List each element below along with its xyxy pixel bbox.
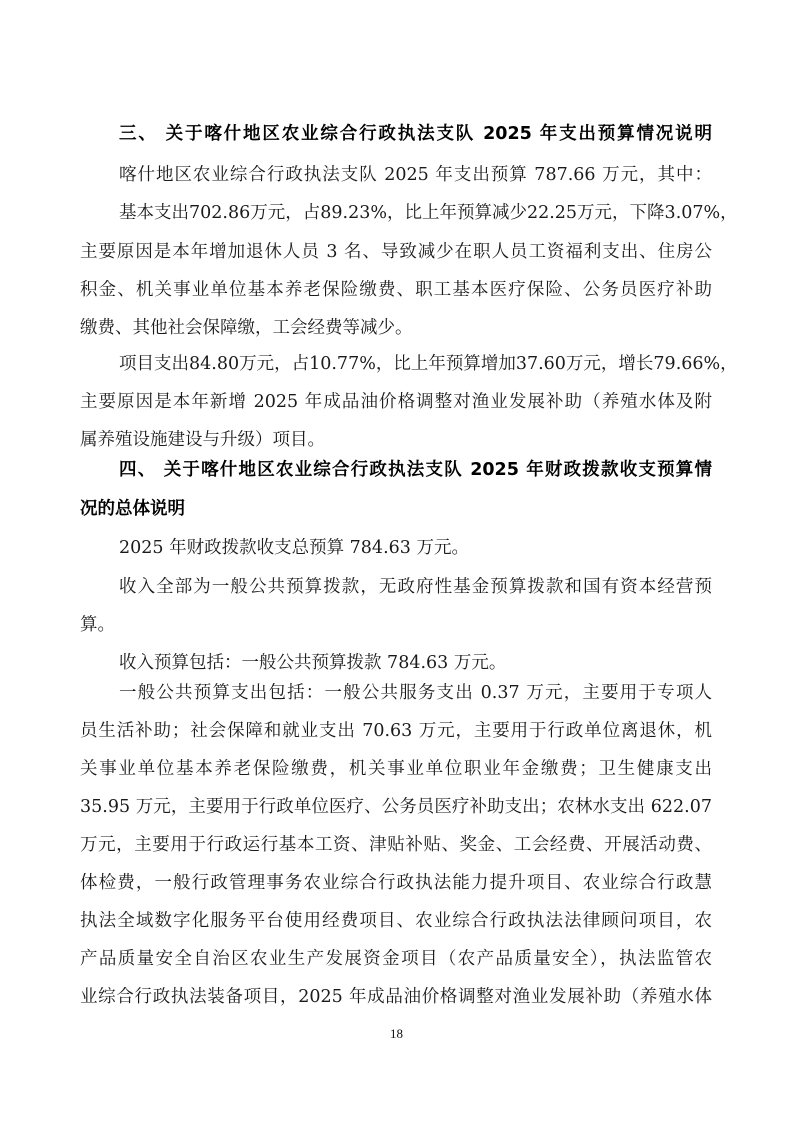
paragraph-line: 产品质量安全自治区农业生产发展资金项目（农产品质量安全），执法监管农 bbox=[80, 946, 712, 972]
paragraph-line: 主要原因是本年增加退休人员 3 名、导致减少在职人员工资福利支出、住房公 bbox=[80, 239, 712, 265]
paragraph-line: 35.95 万元，主要用于行政单位医疗、公务员医疗补助支出；农林水支出 622.… bbox=[80, 794, 712, 820]
paragraph-line: 体检费，一般行政管理事务农业综合行政执法能力提升项目、农业综合行政慧 bbox=[80, 870, 712, 896]
paragraph-line: 项目支出84.80万元，占10.77%，比上年预算增加37.60万元，增长79.… bbox=[119, 351, 712, 377]
section-heading-4-cont: 况的总体说明 bbox=[80, 496, 712, 522]
section-heading-3: 三、 关于喀什地区农业综合行政执法支队 2025 年支出预算情况说明 bbox=[119, 121, 712, 147]
paragraph-line: 算。 bbox=[80, 612, 712, 638]
paragraph-line: 万元，主要用于行政运行基本工资、津贴补贴、奖金、工会经费、开展活动费、 bbox=[80, 832, 712, 858]
paragraph-line: 基本支出702.86万元，占89.23%，比上年预算减少22.25万元，下降3.… bbox=[119, 200, 712, 226]
paragraph-line: 喀什地区农业综合行政执法支队 2025 年支出预算 787.66 万元，其中： bbox=[119, 162, 712, 188]
paragraph-line: 收入全部为一般公共预算拨款，无政府性基金预算拨款和国有资本经营预 bbox=[119, 574, 712, 600]
paragraph-line: 关事业单位基本养老保险缴费，机关事业单位职业年金缴费；卫生健康支出 bbox=[80, 756, 712, 782]
document-page: 三、 关于喀什地区农业综合行政执法支队 2025 年支出预算情况说明 喀什地区农… bbox=[0, 0, 793, 1122]
section-heading-4: 四、 关于喀什地区农业综合行政执法支队 2025 年财政拨款收支预算情 bbox=[119, 457, 712, 483]
paragraph-line: 2025 年财政拨款收支总预算 784.63 万元。 bbox=[119, 535, 712, 561]
paragraph-line: 收入预算包括：一般公共预算拨款 784.63 万元。 bbox=[119, 650, 712, 676]
paragraph-line: 积金、机关事业单位基本养老保险缴费、职工基本医疗保险、公务员医疗补助 bbox=[80, 277, 712, 303]
paragraph-line: 主要原因是本年新增 2025 年成品油价格调整对渔业发展补助（养殖水体及附 bbox=[80, 389, 712, 415]
paragraph-line: 员生活补助；社会保障和就业支出 70.63 万元，主要用于行政单位离退休，机 bbox=[80, 718, 712, 744]
paragraph-line: 属养殖设施建设与升级）项目。 bbox=[80, 427, 712, 453]
paragraph-line: 一般公共预算支出包括：一般公共服务支出 0.37 万元，主要用于专项人 bbox=[119, 680, 712, 706]
paragraph-line: 缴费、其他社会保障缴，工会经费等减少。 bbox=[80, 315, 712, 341]
paragraph-line: 业综合行政执法装备项目，2025 年成品油价格调整对渔业发展补助（养殖水体 bbox=[80, 984, 712, 1010]
paragraph-line: 执法全域数字化服务平台使用经费项目、农业综合行政执法法律顾问项目，农 bbox=[80, 908, 712, 934]
page-number: 18 bbox=[380, 1026, 413, 1042]
